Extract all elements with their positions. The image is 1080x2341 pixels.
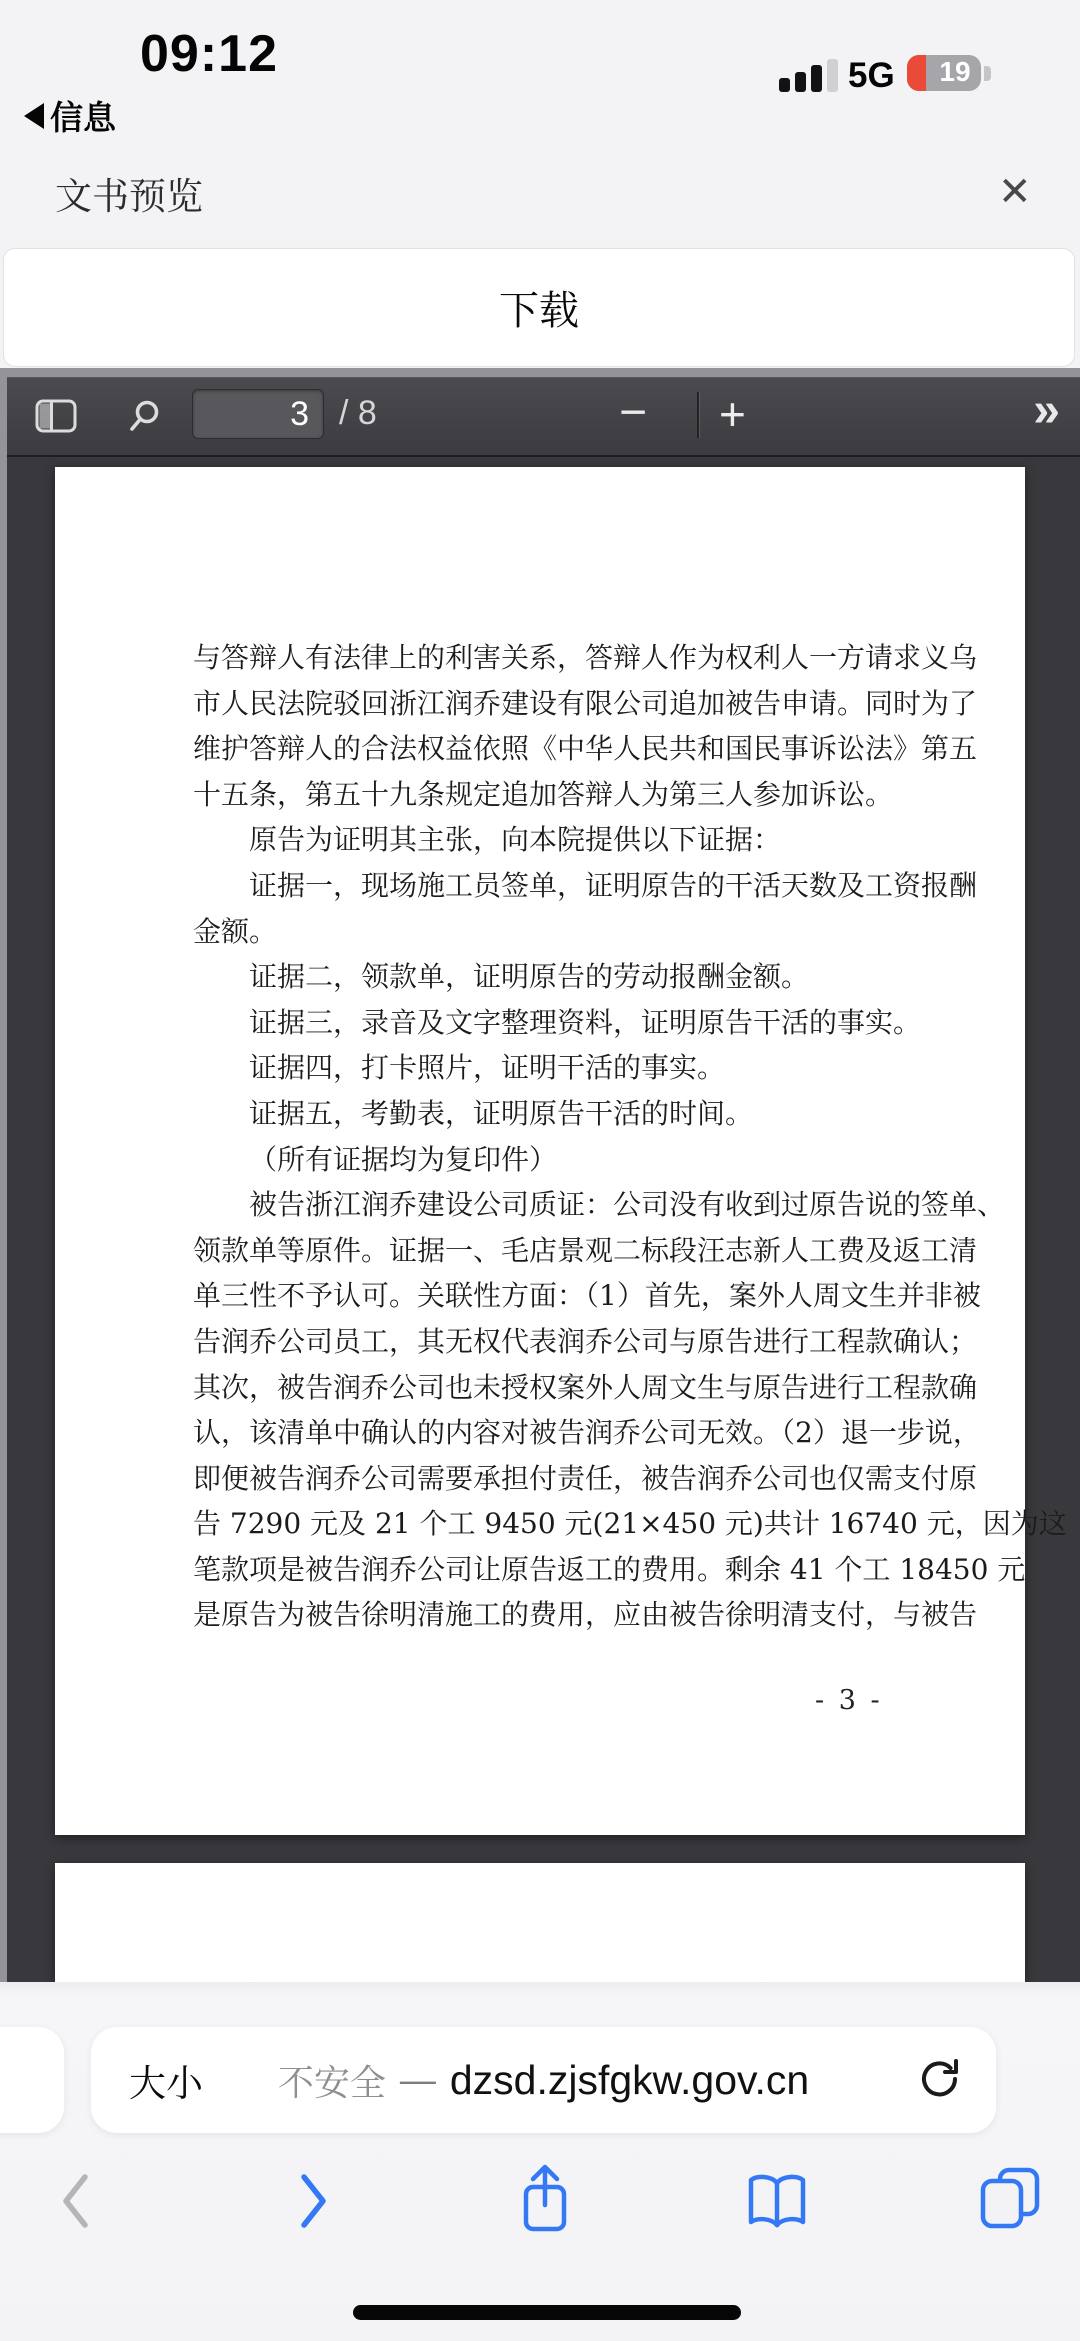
document-line: 证据一，现场施工员签单，证明原告的干活天数及工资报酬 — [193, 863, 955, 909]
document-page-footer: - 3 - — [815, 1685, 883, 1716]
zoom-out-button[interactable]: − — [619, 385, 647, 440]
forward-icon[interactable] — [291, 2168, 335, 2239]
document-line: 证据二，领款单，证明原告的劳动报酬金额。 — [193, 954, 955, 1000]
battery-nub — [984, 66, 991, 81]
document-line: 单三性不予认可。关联性方面：（1）首先，案外人周文生并非被 — [193, 1273, 955, 1319]
document-line: 市人民法院驳回浙江润乔建设有限公司追加被告申请。同时为了 — [193, 681, 955, 727]
document-line: 十五条，第五十九条规定追加答辩人为第三人参加诉讼。 — [193, 772, 955, 818]
address-bar[interactable]: 大小 不安全 — dzsd.zjsfgkw.gov.cn — [91, 2027, 996, 2133]
toolbar-more-button[interactable]: » — [1033, 383, 1057, 438]
pdf-viewer-area: 3 / 8 − + » 与答辩人有法律上的利害关系，答辩人作为权利人一方请求义乌… — [0, 368, 1080, 1982]
pdf-toolbar: 3 / 8 − + » — [7, 377, 1080, 457]
document-line: 金额。 — [193, 909, 955, 955]
page-number-input[interactable]: 3 — [192, 389, 324, 439]
page-title: 文书预览 — [55, 166, 203, 220]
iphone-screen: 09:12 信息 5G 19 文书预览 ✕ 下载 — [0, 0, 1080, 2341]
back-to-app-button[interactable]: 信息 — [24, 92, 116, 139]
download-button[interactable]: 下载 — [3, 248, 1075, 367]
address-separator: — — [400, 2059, 436, 2101]
document-line: 原告为证明其主张，向本院提供以下证据： — [193, 817, 955, 863]
document-line: （所有证据均为复印件） — [193, 1137, 955, 1183]
toolbar-divider — [697, 392, 699, 438]
document-line: 证据三，录音及文字整理资料，证明原告干活的事实。 — [193, 1000, 955, 1046]
sidebar-toggle-icon[interactable] — [35, 399, 77, 438]
previous-tab-peek[interactable] — [0, 2027, 64, 2133]
back-triangle-icon — [24, 103, 44, 129]
share-icon[interactable] — [511, 2160, 579, 2241]
address-domain: dzsd.zjsfgkw.gov.cn — [450, 2057, 809, 2104]
battery-level-fill — [907, 55, 926, 91]
document-line: 被告浙江润乔建设公司质证：公司没有收到过原告说的签单、 — [193, 1182, 955, 1228]
page-count-label: / 8 — [339, 394, 377, 433]
document-line: 证据五，考勤表，证明原告干活的时间。 — [193, 1091, 955, 1137]
address-bar-text: 不安全 — dzsd.zjsfgkw.gov.cn — [91, 2027, 996, 2133]
document-line: 证据四，打卡照片，证明干活的事实。 — [193, 1045, 955, 1091]
close-icon[interactable]: ✕ — [998, 172, 1032, 212]
document-line: 维护答辩人的合法权益依照《中华人民共和国民事诉讼法》第五 — [193, 726, 955, 772]
battery-percent: 19 — [929, 56, 981, 88]
bookmarks-icon[interactable] — [742, 2170, 812, 2237]
zoom-in-button[interactable]: + — [719, 387, 746, 441]
document-line: 告润乔公司员工，其无权代表润乔公司与原告进行工程款确认； — [193, 1319, 955, 1365]
document-line: 领款单等原件。证据一、毛店景观二标段汪志新人工费及返工清 — [193, 1228, 955, 1274]
back-app-label: 信息 — [50, 92, 116, 139]
document-text: 与答辩人有法律上的利害关系，答辩人作为权利人一方请求义乌市人民法院驳回浙江润乔建… — [193, 635, 955, 1638]
battery-icon: 19 — [907, 55, 981, 91]
network-type-label: 5G — [848, 56, 895, 96]
reload-icon[interactable] — [914, 2054, 966, 2111]
cellular-signal-icon — [779, 58, 841, 92]
document-line: 笔款项是被告润乔公司让原告返工的费用。剩余 41 个工 18450 元 — [193, 1547, 955, 1593]
back-icon[interactable] — [53, 2168, 97, 2239]
document-line: 与答辩人有法律上的利害关系，答辩人作为权利人一方请求义乌 — [193, 635, 955, 681]
pdf-viewer: 3 / 8 − + » 与答辩人有法律上的利害关系，答辩人作为权利人一方请求义乌… — [7, 377, 1080, 1982]
pdf-page-3: 与答辩人有法律上的利害关系，答辩人作为权利人一方请求义乌市人民法院驳回浙江润乔建… — [55, 467, 1025, 1835]
page-number-value: 3 — [290, 395, 309, 434]
pdf-page-4-sliver — [55, 1863, 1025, 1982]
tabs-icon[interactable] — [976, 2164, 1044, 2237]
document-line: 是原告为被告徐明清施工的费用，应由被告徐明清支付，与被告 — [193, 1592, 955, 1638]
home-indicator[interactable] — [353, 2305, 741, 2320]
download-button-label: 下载 — [499, 279, 579, 336]
browser-bottom-chrome: 大小 不安全 — dzsd.zjsfgkw.gov.cn — [0, 1982, 1080, 2341]
document-line: 其次，被告润乔公司也未授权案外人周文生与原告进行工程款确 — [193, 1365, 955, 1411]
document-line: 认，该清单中确认的内容对被告润乔公司无效。（2）退一步说， — [193, 1410, 955, 1456]
security-label: 不安全 — [278, 2055, 386, 2106]
document-line: 即便被告润乔公司需要承担付责任，被告润乔公司也仅需支付原 — [193, 1456, 955, 1502]
search-icon[interactable] — [125, 399, 163, 440]
document-line: 告 7290 元及 21 个工 9450 元(21×450 元)共计 16740… — [193, 1501, 955, 1547]
status-time: 09:12 — [140, 24, 278, 84]
